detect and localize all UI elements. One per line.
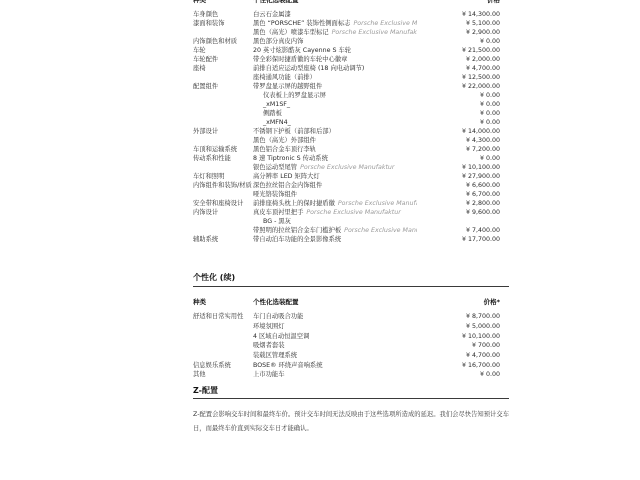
table1-header-config: 个性化选装配置: [253, 0, 417, 5]
section-title-z-config: Z-配置: [193, 385, 509, 399]
table-row: 车灯和照明高分辨率 LED 矩阵大灯¥ 27,900.00: [193, 172, 509, 181]
table-row: 车身颜色白云石金属漆¥ 14,300.00: [193, 10, 509, 19]
price-cell: ¥ 0.00: [417, 37, 509, 46]
table-row: 其他上市功能车¥ 0.00: [193, 370, 509, 380]
price-cell: ¥ 10,100.00: [417, 163, 509, 172]
porsche-exclusive-manufaktur-label: Porsche Exclusive Manufaktur: [350, 20, 417, 27]
table-row: 配置组件带罗盘显示屏的越野组件¥ 22,000.00: [193, 82, 509, 91]
config-label: _xM1SF_: [263, 101, 290, 108]
config-cell: 哑光铬装饰组件: [253, 190, 417, 199]
price-cell: ¥ 27,900.00: [417, 172, 509, 181]
config-cell: 白云石金属漆: [253, 10, 417, 19]
price-cell: ¥ 12,500.00: [417, 73, 509, 82]
config-label: 哑光铬装饰组件: [253, 191, 297, 198]
config-cell: 黑色（高光）外部组件: [253, 136, 417, 145]
table2-rows: 舒适和日常实用性车门自动吸合功能¥ 8,700.00环境氛围灯¥ 5,000.0…: [193, 312, 509, 380]
config-label: 黑色（高光）外部组件: [253, 137, 316, 144]
config-cell: 带全彩保时捷盾徽的车轮中心徽章: [253, 55, 417, 64]
table2-header-price: 价格*: [417, 298, 509, 307]
section-title-personalisation-continued: 个性化 (续): [193, 272, 509, 287]
config-cell: 4 区域自动恒温空调: [253, 332, 417, 341]
config-label: 环境氛围灯: [253, 323, 284, 330]
config-label: 装载区管理系统: [253, 352, 297, 359]
table-row: 内饰颜色和材质黑色部分真皮内饰¥ 0.00: [193, 37, 509, 46]
config-cell: 真皮车顶衬里把手Porsche Exclusive Manufaktur: [253, 208, 417, 217]
category-cell: 座椅: [193, 64, 253, 73]
config-cell: 带自动泊车功能的全景影像系统: [253, 235, 417, 244]
category-cell: 车灯和照明: [193, 172, 253, 181]
porsche-exclusive-manufaktur-label: Porsche Exclusive Manufaktur: [335, 200, 417, 207]
config-label: 带罗盘显示屏的越野组件: [253, 83, 322, 90]
porsche-exclusive-manufaktur-label: Porsche Exclusive Manufaktur: [341, 227, 417, 234]
table-row: 黑色（高光）喷漆车型标记Porsche Exclusive Manufaktur…: [193, 28, 509, 37]
table-row: 舒适和日常实用性车门自动吸合功能¥ 8,700.00: [193, 312, 509, 322]
table2-header-category: 种类: [193, 298, 253, 307]
table-row: 银色运动型尾管Porsche Exclusive Manufaktur¥ 10,…: [193, 163, 509, 172]
config-label: 黑色 “PORSCHE” 装饰性侧面标志: [253, 20, 350, 27]
config-label: _xMFN4_: [263, 119, 291, 126]
table2-header: 种类 个性化选装配置 价格*: [193, 298, 509, 307]
price-cell: ¥ 700.00: [417, 341, 509, 350]
category-cell: 漆面和装饰: [193, 19, 253, 28]
category-cell: 车轮: [193, 46, 253, 55]
category-cell: 辅助系统: [193, 235, 253, 244]
category-cell: 配置组件: [193, 82, 253, 91]
table-row: 座椅通风功能（前排）¥ 12,500.00: [193, 73, 509, 82]
price-cell: ¥ 4,300.00: [417, 136, 509, 145]
config-label: 吸烟者套装: [253, 342, 284, 349]
price-cell: ¥ 21,500.00: [417, 46, 509, 55]
table1-header-category: 种类: [193, 0, 253, 5]
config-cell: 前排自适应运动型座椅 (18 向电动调节): [253, 64, 417, 73]
config-cell: 仪表板上的罗盘显示屏: [253, 91, 417, 100]
category-cell: 车身颜色: [193, 10, 253, 19]
config-cell: 吸烟者套装: [253, 341, 417, 350]
config-label: 黑色部分真皮内饰: [253, 38, 303, 45]
config-label: 20 英寸炫影酷灰 Cayenne S 车轮: [253, 47, 351, 54]
price-cell: ¥ 0.00: [417, 109, 509, 118]
config-label: 白云石金属漆: [253, 11, 291, 18]
table-row: 带照明的拉丝铝合金车门槛护板Porsche Exclusive Manufakt…: [193, 226, 509, 235]
config-label: 车门自动吸合功能: [253, 313, 303, 320]
table-row: 黑色（高光）外部组件¥ 4,300.00: [193, 136, 509, 145]
config-label: 带照明的拉丝铝合金车门槛护板: [253, 227, 341, 234]
porsche-exclusive-manufaktur-label: Porsche Exclusive Manufaktur: [303, 209, 400, 216]
price-cell: ¥ 0.00: [417, 91, 509, 100]
price-cell: ¥ 7,200.00: [417, 145, 509, 154]
config-cell: 高分辨率 LED 矩阵大灯: [253, 172, 417, 181]
category-cell: 其他: [193, 370, 253, 379]
table-row: 车顶和运输系统黑色铝合金车顶行李轨¥ 7,200.00: [193, 145, 509, 154]
price-cell: ¥ 17,700.00: [417, 235, 509, 244]
config-cell: BOSE® 环绕声音响系统: [253, 361, 417, 370]
table-row: 漆面和装饰黑色 “PORSCHE” 装饰性侧面标志Porsche Exclusi…: [193, 19, 509, 28]
category-cell: 内饰颜色和材质: [193, 37, 253, 46]
table-row: 内饰组件和装饰/材质深色拉丝铝合金内饰组件¥ 6,600.00: [193, 181, 509, 190]
config-label: 侧踏板: [263, 110, 282, 117]
porsche-exclusive-manufaktur-label: Porsche Exclusive Manufaktur: [329, 29, 417, 36]
table-row: _xMFN4_¥ 0.00: [193, 118, 509, 127]
config-cell: 黑色铝合金车顶行李轨: [253, 145, 417, 154]
config-label: BG - 黑灰: [263, 218, 291, 225]
price-cell: ¥ 8,700.00: [417, 312, 509, 321]
category-cell: 安全带和座椅设计: [193, 199, 253, 208]
config-cell: 带照明的拉丝铝合金车门槛护板Porsche Exclusive Manufakt…: [253, 226, 417, 235]
table-row: 侧踏板¥ 0.00: [193, 109, 509, 118]
config-label: 前排自适应运动型座椅 (18 向电动调节): [253, 65, 364, 72]
config-label: 黑色（高光）喷漆车型标记: [253, 29, 329, 36]
table-row: 哑光铬装饰组件¥ 6,700.00: [193, 190, 509, 199]
category-cell: 车轮配件: [193, 55, 253, 64]
price-cell: ¥ 6,700.00: [417, 190, 509, 199]
config-cell: _xMFN4_: [253, 118, 417, 127]
price-cell: ¥ 7,400.00: [417, 226, 509, 235]
table-row: 外部设计不锈钢下护板（前部和后部）¥ 14,000.00: [193, 127, 509, 136]
table1-header-price: 价格: [417, 0, 509, 5]
price-cell: ¥ 10,100.00: [417, 332, 509, 341]
table-row: 辅助系统带自动泊车功能的全景影像系统¥ 17,700.00: [193, 235, 509, 244]
config-label: 4 区域自动恒温空调: [253, 333, 309, 340]
z-config-disclaimer: Z-配置会影响交车时间和最终车价。预计交车时间无法反映由于这些选项所造成的延迟。…: [193, 408, 509, 436]
config-cell: 侧踏板: [253, 109, 417, 118]
config-cell: 深色拉丝铝合金内饰组件: [253, 181, 417, 190]
config-cell: 带罗盘显示屏的越野组件: [253, 82, 417, 91]
config-cell: 前排座椅头枕上的保时捷盾徽Porsche Exclusive Manufaktu…: [253, 199, 417, 208]
config-cell: 车门自动吸合功能: [253, 312, 417, 321]
config-label: 黑色铝合金车顶行李轨: [253, 146, 316, 153]
table-row: 4 区域自动恒温空调¥ 10,100.00: [193, 331, 509, 341]
config-cell: 20 英寸炫影酷灰 Cayenne S 车轮: [253, 46, 417, 55]
price-cell: ¥ 2,800.00: [417, 199, 509, 208]
config-cell: 8 速 Tiptronic S 传动系统: [253, 154, 417, 163]
category-cell: 内饰组件和装饰/材质: [193, 181, 253, 190]
config-label: 带自动泊车功能的全景影像系统: [253, 236, 341, 243]
table-row: 环境氛围灯¥ 5,000.00: [193, 322, 509, 332]
price-cell: ¥ 6,600.00: [417, 181, 509, 190]
table-row: 内饰设计真皮车顶衬里把手Porsche Exclusive Manufaktur…: [193, 208, 509, 217]
config-label: 仪表板上的罗盘显示屏: [263, 92, 326, 99]
table-row: BG - 黑灰: [193, 217, 509, 226]
config-label: 不锈钢下护板（前部和后部）: [253, 128, 335, 135]
category-cell: 车顶和运输系统: [193, 145, 253, 154]
table2-header-config: 个性化选装配置: [253, 298, 417, 307]
table-row: 安全带和座椅设计前排座椅头枕上的保时捷盾徽Porsche Exclusive M…: [193, 199, 509, 208]
table-row: 车轮20 英寸炫影酷灰 Cayenne S 车轮¥ 21,500.00: [193, 46, 509, 55]
table-row: 传动系和性能8 速 Tiptronic S 传动系统¥ 0.00: [193, 154, 509, 163]
config-cell: 黑色（高光）喷漆车型标记Porsche Exclusive Manufaktur: [253, 28, 417, 37]
config-cell: 环境氛围灯: [253, 322, 417, 331]
price-cell: ¥ 5,000.00: [417, 322, 509, 331]
price-cell: ¥ 4,700.00: [417, 351, 509, 360]
category-cell: 传动系和性能: [193, 154, 253, 163]
config-label: 真皮车顶衬里把手: [253, 209, 303, 216]
table1-rows: 车身颜色白云石金属漆¥ 14,300.00漆面和装饰黑色 “PORSCHE” 装…: [193, 10, 509, 244]
category-cell: 外部设计: [193, 127, 253, 136]
config-label: 8 速 Tiptronic S 传动系统: [253, 155, 328, 162]
config-label: 座椅通风功能（前排）: [253, 74, 316, 81]
price-cell: ¥ 2,000.00: [417, 55, 509, 64]
price-cell: ¥ 2,900.00: [417, 28, 509, 37]
table-row: 座椅前排自适应运动型座椅 (18 向电动调节)¥ 4,700.00: [193, 64, 509, 73]
category-cell: 信息娱乐系统: [193, 361, 253, 370]
table-row: _xM1SF_¥ 0.00: [193, 100, 509, 109]
config-label: 高分辨率 LED 矩阵大灯: [253, 173, 320, 180]
config-cell: BG - 黑灰: [253, 217, 417, 226]
config-cell: 黑色 “PORSCHE” 装饰性侧面标志Porsche Exclusive Ma…: [253, 19, 417, 28]
config-cell: 银色运动型尾管Porsche Exclusive Manufaktur: [253, 163, 417, 172]
category-cell: 内饰设计: [193, 208, 253, 217]
price-cell: ¥ 22,000.00: [417, 82, 509, 91]
price-cell: ¥ 0.00: [417, 154, 509, 163]
config-cell: 上市功能车: [253, 370, 417, 379]
price-cell: ¥ 9,600.00: [417, 208, 509, 217]
config-label: 深色拉丝铝合金内饰组件: [253, 182, 322, 189]
config-cell: 不锈钢下护板（前部和后部）: [253, 127, 417, 136]
table-row: 信息娱乐系统BOSE® 环绕声音响系统¥ 16,700.00: [193, 360, 509, 370]
table-row: 装载区管理系统¥ 4,700.00: [193, 351, 509, 361]
price-cell: ¥ 0.00: [417, 370, 509, 379]
price-cell: ¥ 16,700.00: [417, 361, 509, 370]
porsche-exclusive-manufaktur-label: Porsche Exclusive Manufaktur: [297, 164, 394, 171]
category-cell: 舒适和日常实用性: [193, 312, 253, 321]
table-row: 仪表板上的罗盘显示屏¥ 0.00: [193, 91, 509, 100]
table-row: 车轮配件带全彩保时捷盾徽的车轮中心徽章¥ 2,000.00: [193, 55, 509, 64]
config-cell: 装载区管理系统: [253, 351, 417, 360]
config-cell: _xM1SF_: [253, 100, 417, 109]
config-label: 银色运动型尾管: [253, 164, 297, 171]
price-cell: ¥ 4,700.00: [417, 64, 509, 73]
config-label: 上市功能车: [253, 371, 284, 378]
config-cell: 座椅通风功能（前排）: [253, 73, 417, 82]
config-label: 前排座椅头枕上的保时捷盾徽: [253, 200, 335, 207]
table1-header: 种类 个性化选装配置 价格: [193, 0, 509, 5]
table-row: 吸烟者套装¥ 700.00: [193, 341, 509, 351]
config-label: BOSE® 环绕声音响系统: [253, 362, 323, 369]
price-cell: ¥ 14,000.00: [417, 127, 509, 136]
config-label: 带全彩保时捷盾徽的车轮中心徽章: [253, 56, 347, 63]
price-cell: ¥ 5,100.00: [417, 19, 509, 28]
price-cell: ¥ 14,300.00: [417, 10, 509, 19]
price-cell: ¥ 0.00: [417, 100, 509, 109]
config-cell: 黑色部分真皮内饰: [253, 37, 417, 46]
price-cell: ¥ 0.00: [417, 118, 509, 127]
